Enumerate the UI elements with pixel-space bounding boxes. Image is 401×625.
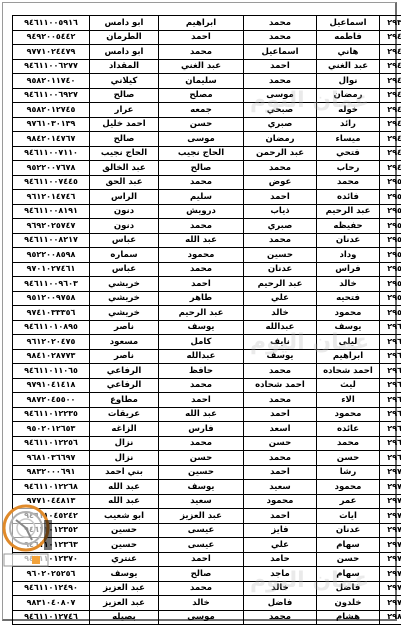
serial-cell: ٢٩٤٠	[380, 30, 401, 45]
serial-cell: ٢٩٧٤	[380, 523, 401, 538]
father-name-cell: حامد	[244, 552, 317, 567]
national-id-cell: ٩٤٦١١٠٠٦٢٧٧	[13, 59, 90, 74]
father-name-cell: حسين	[244, 248, 317, 263]
family-name-cell: يوسف	[90, 567, 159, 582]
father-name-cell: احمد	[244, 59, 317, 74]
national-id-cell: ٩٨٣٢٠٠٠٦٩١	[13, 465, 90, 480]
table-row: ٢٩٥٨فتحيهعليطاهرخريشي٩٥١٢٠٠٩٧٥٨	[13, 291, 401, 306]
father-name-cell: ذياب	[244, 204, 317, 219]
national-id-cell: ٩٤٦١١٠٠٧١١٠	[13, 146, 90, 161]
national-id-cell: ٩٥١٢٠٠٩٧٥٨	[13, 291, 90, 306]
serial-cell: ٢٩٥٦	[380, 262, 401, 277]
family-name-cell: سماره	[90, 248, 159, 263]
serial-cell: ٢٩٦٤	[380, 378, 401, 393]
father-name-cell: عبدالله	[244, 320, 317, 335]
grandfather-name-cell: احمد	[159, 277, 244, 292]
father-name-cell: محمد	[244, 393, 317, 408]
table-row: ٢٩٦٤ليثاحمد شحادهمحمدالرفاعي٩٧٩١٠٤١٤١٨	[13, 378, 401, 393]
first-name-cell: عبد الغني	[317, 59, 380, 74]
grandfather-name-cell: حافظ	[159, 364, 244, 379]
first-name-cell: محمد	[317, 175, 380, 190]
father-name-cell: حسن	[244, 436, 317, 451]
national-id-cell: ٩٧٧١٠٢٤٤٧٩	[13, 45, 90, 60]
father-name-cell: اسعد	[244, 422, 317, 437]
serial-cell: ٢٩٤٢	[380, 59, 401, 74]
table-row: ٢٩٤١هانياسماعيلمحمدابو دامس٩٧٧١٠٢٤٤٧٩	[13, 45, 401, 60]
family-name-cell: ناصر	[90, 320, 159, 335]
first-name-cell: عبد الرحيم	[317, 204, 380, 219]
father-name-cell: خالد	[244, 581, 317, 596]
father-name-cell: صبري	[244, 117, 317, 132]
family-name-cell: خريشي	[90, 306, 159, 321]
first-name-cell: ليلى	[317, 335, 380, 350]
table-row: ٢٩٥٤عدنانمحمدعبد اللهعباس٩٤٦١١٠٠٨٢١٧	[13, 233, 401, 248]
father-name-cell: محمد	[244, 16, 317, 31]
serial-cell: ٢٩٥٤	[380, 233, 401, 248]
table-row: ٢٩٤٩رحابمحمدصالحعبد الخالق٩٥٢٢٠٠٧٦٧٨	[13, 161, 401, 176]
national-id-cell: ٩٦٨١٠٣٦٦٩٧	[13, 451, 90, 466]
national-id-cell: ٩٤٦١١٠١١٠٦٥	[13, 364, 90, 379]
father-name-cell: محمد	[244, 364, 317, 379]
family-name-cell: خريشي	[90, 277, 159, 292]
family-name-cell: حسين	[90, 523, 159, 538]
grandfather-name-cell: مصلح	[159, 88, 244, 103]
family-name-cell: المقداد	[90, 59, 159, 74]
national-id-cell: ٩٤٦١١٠١٢٣٥٢	[13, 523, 90, 538]
table-row: ٢٩٤٥خولهصبحيجمعهعرار٩٥٨٢٠١٢٧٤٥	[13, 103, 401, 118]
names-table-body: ٢٩٣٩اسماعيلمحمدابراهيمابو دامس٩٤٦١١٠٠٥٩١…	[13, 16, 401, 625]
national-id-cell: ٩٤٩٢٠٠٥٤٤٢	[13, 30, 90, 45]
national-id-cell: ٩٤٦١١٠٤٥٢٤٢	[13, 509, 90, 524]
first-name-cell: خلدون	[317, 596, 380, 611]
grandfather-name-cell: عيسى	[159, 523, 244, 538]
first-name-cell: حسن	[317, 451, 380, 466]
national-id-cell: ٩٤٦١١٠٠٥٩١٦	[13, 16, 90, 31]
table-row: ٢٩٤٦رائدصبريحسناحمد خليل٩٧٦١٠٣٠١٣٩	[13, 117, 401, 132]
first-name-cell: فراس	[317, 262, 380, 277]
serial-cell: ٢٩٥٣	[380, 219, 401, 234]
first-name-cell: فائده	[317, 190, 380, 205]
father-name-cell: خالد	[244, 306, 317, 321]
table-row: ٢٩٤٨فتحيعبد الرحمنالحاج نجيبالحاج نجيب٩٤…	[13, 146, 401, 161]
grandfather-name-cell: عيسى	[159, 538, 244, 553]
first-name-cell: سهام	[317, 538, 380, 553]
grandfather-name-cell: كامل	[159, 335, 244, 350]
first-name-cell: حفيظه	[317, 219, 380, 234]
first-name-cell: رشا	[317, 465, 380, 480]
father-name-cell: احمد	[244, 509, 317, 524]
table-row: ٢٩٥٩محمودخالدعبد الرحيمخريشي٩٧٤١٠٣٣٣٥٦	[13, 306, 401, 321]
family-name-cell: دنون	[90, 219, 159, 234]
family-name-cell: كيلاني	[90, 74, 159, 89]
family-name-cell: مطاوع	[90, 393, 159, 408]
serial-cell: ٢٩٤١	[380, 45, 401, 60]
serial-cell: ٢٩٥٢	[380, 204, 401, 219]
family-name-cell: بصيله	[90, 610, 159, 625]
document-page: ٢٩٣٩اسماعيلمحمدابراهيمابو دامس٩٤٦١١٠٠٥٩١…	[2, 2, 397, 621]
first-name-cell: ليث	[317, 378, 380, 393]
national-id-cell: ٩٦١٢٠١٤٧٤٦	[13, 190, 90, 205]
national-id-cell: ٩٧٤١٠٣٣٣٥٦	[13, 306, 90, 321]
table-row: ٢٩٦٦محموداحمدعبد اللهعريقات٩٤٦١١٠١٢٢٣٥	[13, 407, 401, 422]
serial-cell: ٢٩٧٩	[380, 596, 401, 611]
national-id-cell: ٩٨٤٢٠١٤٧٦٧	[13, 132, 90, 147]
first-name-cell: اسماعيل	[317, 16, 380, 31]
serial-cell: ٢٩٥١	[380, 190, 401, 205]
national-id-cell: ٩٤٦١١٠٠٦٩٢٧	[13, 88, 90, 103]
grandfather-name-cell: ابراهيم	[159, 16, 244, 31]
national-id-cell: ٩٤٦١١٠١٢٢٣٥	[13, 407, 90, 422]
national-id-cell: ٩٤٦١١٠١٢٣٦٣	[13, 538, 90, 553]
table-row: ٢٩٧٢عمرمحمودسعيدعبد الله٩٧٧١٠٤٤٨١٣	[13, 494, 401, 509]
national-id-cell: ٩٥٨٢٠١١٧٤٠	[13, 74, 90, 89]
table-row: ٢٩٦٠يوسفعبداللهيوسفناصر٩٤٦١١٠١٠٨٩٥	[13, 320, 401, 335]
father-name-cell: يوسف	[244, 349, 317, 364]
first-name-cell: عمر	[317, 494, 380, 509]
national-id-cell: ٩٧٦١٠٣٠١٣٩	[13, 117, 90, 132]
grandfather-name-cell: محمد	[159, 175, 244, 190]
national-id-cell: ٩٦١٢٠٢٠٤٧٥	[13, 335, 90, 350]
father-name-cell: محمد	[244, 451, 317, 466]
family-name-cell: عريقات	[90, 407, 159, 422]
national-id-cell: ٩٧٩١٠٤١٤١٨	[13, 378, 90, 393]
family-name-cell: عبد الله	[90, 480, 159, 495]
family-name-cell: الراس	[90, 190, 159, 205]
first-name-cell: سهام	[317, 567, 380, 582]
serial-cell: ٢٩٦٢	[380, 349, 401, 364]
father-name-cell: عبد الرحمن	[244, 146, 317, 161]
family-name-cell: عبد العزيز	[90, 596, 159, 611]
family-name-cell: عبد العزيز	[90, 581, 159, 596]
father-name-cell: محمد	[244, 161, 317, 176]
table-row: ٢٩٦١ليلىنايفكاملمسعود٩٦١٢٠٢٠٤٧٥	[13, 335, 401, 350]
serial-cell: ٢٩٣٩	[380, 16, 401, 31]
national-id-cell: ٩٥٢٢٠٠٨٥٩٨	[13, 248, 90, 263]
serial-cell: ٢٩٥٠	[380, 175, 401, 190]
first-name-cell: فاضل	[317, 581, 380, 596]
first-name-cell: محمود	[317, 407, 380, 422]
grandfather-name-cell: سليمان	[159, 74, 244, 89]
father-name-cell: عبد الرحيم	[244, 277, 317, 292]
first-name-cell: نوال	[317, 74, 380, 89]
grandfather-name-cell: موسى	[159, 132, 244, 147]
first-name-cell: رائد	[317, 117, 380, 132]
family-name-cell: ابو شعيب	[90, 509, 159, 524]
table-row: ٢٩٣٩اسماعيلمحمدابراهيمابو دامس٩٤٦١١٠٠٥٩١…	[13, 16, 401, 31]
first-name-cell: عائده	[317, 422, 380, 437]
table-row: ٢٩٥٥ودادحسينمحمودسماره٩٥٢٢٠٠٨٥٩٨	[13, 248, 401, 263]
national-id-cell: ٩٥٨٢٠١٢٧٤٥	[13, 103, 90, 118]
family-name-cell: عباس	[90, 262, 159, 277]
grandfather-name-cell: عبد الله	[159, 407, 244, 422]
first-name-cell: خالد	[317, 277, 380, 292]
family-name-cell: صالح	[90, 88, 159, 103]
father-name-cell: محمود	[244, 494, 317, 509]
serial-cell: ٢٩٦٣	[380, 364, 401, 379]
family-name-cell: خريشي	[90, 291, 159, 306]
father-name-cell: احمد	[244, 407, 317, 422]
first-name-cell: ميساء	[317, 132, 380, 147]
grandfather-name-cell: عبد الرحيم	[159, 306, 244, 321]
grandfather-name-cell: حسن	[159, 451, 244, 466]
first-name-cell: هاني	[317, 45, 380, 60]
family-name-cell: عبد الحق	[90, 175, 159, 190]
first-name-cell: وداد	[317, 248, 380, 263]
table-row: ٢٩٥٦فراسعدنانمحمدعباس٩٧٠١٠٢٧٤٦١	[13, 262, 401, 277]
father-name-cell: فاضل	[244, 596, 317, 611]
national-id-cell: ٩٤٦١١٠٠٨١٩١	[13, 204, 90, 219]
father-name-cell: صبحي	[244, 103, 317, 118]
first-name-cell: محمد	[317, 436, 380, 451]
first-name-cell: رحاب	[317, 161, 380, 176]
father-name-cell: علي	[244, 291, 317, 306]
family-name-cell: عبد الله	[90, 494, 159, 509]
family-name-cell: نزال	[90, 436, 159, 451]
national-id-cell: ٩٤٦١١٠١٠٨٩٥	[13, 320, 90, 335]
national-id-cell: ٩٨٧٢٠٤٥٥٠٠	[13, 393, 90, 408]
grandfather-name-cell: جمعه	[159, 103, 244, 118]
father-name-cell: فايز	[244, 523, 317, 538]
table-row: ٢٩٧٧سهامماجدصالحيوسف٩٦٠٢٠٢٥٢٥٦	[13, 567, 401, 582]
grandfather-name-cell: درويش	[159, 204, 244, 219]
father-name-cell: محمد	[244, 610, 317, 625]
family-name-cell: الحاج نجيب	[90, 146, 159, 161]
national-id-cell: ٩٤٦١١٠١٢٣٧٠	[13, 552, 90, 567]
grandfather-name-cell: يوسف	[159, 320, 244, 335]
first-name-cell: هشام	[317, 610, 380, 625]
serial-cell: ٢٩٧٠	[380, 465, 401, 480]
family-name-cell: ابو دامس	[90, 45, 159, 60]
family-name-cell: احمد خليل	[90, 117, 159, 132]
table-row: ٢٩٥١فائدهاحمدسليمالراس٩٦١٢٠١٤٧٤٦	[13, 190, 401, 205]
table-row: ٢٩٧٣اياتاحمدعبد العزيزابو شعيب٩٤٦١١٠٤٥٢٤…	[13, 509, 401, 524]
table-row: ٢٩٥٠محمدعوضمحمدعبد الحق٩٤٦١١٠٠٧٤٤٥	[13, 175, 401, 190]
father-name-cell: احمد	[244, 190, 317, 205]
family-name-cell: الرفاعي	[90, 378, 159, 393]
family-name-cell: الرفاعي	[90, 364, 159, 379]
first-name-cell: ابراهيم	[317, 349, 380, 364]
table-row: ٢٩٧٤عدنانفايزعيسىحسين٩٤٦١١٠١٢٣٥٢	[13, 523, 401, 538]
table-row: ٢٩٦٩حسنمحمدحسننزال٩٦٨١٠٣٦٦٩٧	[13, 451, 401, 466]
first-name-cell: محمود	[317, 306, 380, 321]
grandfather-name-cell: محمد	[159, 45, 244, 60]
father-name-cell: عدنان	[244, 262, 317, 277]
national-id-cell: ٩٤٦١١٠١٢٧٤٦	[13, 610, 90, 625]
first-name-cell: عدنان	[317, 523, 380, 538]
father-name-cell: سعيد	[244, 480, 317, 495]
table-row: ٢٩٥٢عبد الرحيمذيابدرويشدنون٩٤٦١١٠٠٨١٩١	[13, 204, 401, 219]
table-row: ٢٩٦٧عائدهاسعدفارسالزاغه٩٥٠٢٠١٢٦٥٣	[13, 422, 401, 437]
father-name-cell: محمد	[244, 233, 317, 248]
serial-cell: ٢٩٤٣	[380, 74, 401, 89]
father-name-cell: نايف	[244, 335, 317, 350]
table-row: ٢٩٤٠فاطمهمحمداحمدالطرمان٩٤٩٢٠٠٥٤٤٢	[13, 30, 401, 45]
serial-cell: ٢٩٤٨	[380, 146, 401, 161]
table-row: ٢٩٦٣احمد شحادهمحمدحافظالرفاعي٩٤٦١١٠١١٠٦٥	[13, 364, 401, 379]
family-name-cell: نزال	[90, 451, 159, 466]
table-row: ٢٩٤٤رمضانموسىمصلحصالح٩٤٦١١٠٠٦٩٢٧	[13, 88, 401, 103]
grandfather-name-cell: محمد	[159, 378, 244, 393]
serial-cell: ٢٩٤٦	[380, 117, 401, 132]
first-name-cell: فاطمه	[317, 30, 380, 45]
national-id-cell: ٩٤٦١١٠٠٩٦٠٣	[13, 277, 90, 292]
first-name-cell: محمود	[317, 480, 380, 495]
grandfather-name-cell: عبد العزيز	[159, 509, 244, 524]
father-name-cell: عوض	[244, 175, 317, 190]
table-row: ٢٩٤٧ميساءرمضانموسىصالح٩٨٤٢٠١٤٧٦٧	[13, 132, 401, 147]
first-name-cell: ايات	[317, 509, 380, 524]
grandfather-name-cell: محمد	[159, 219, 244, 234]
serial-cell: ٢٩٦٧	[380, 422, 401, 437]
first-name-cell: خوله	[317, 103, 380, 118]
serial-cell: ٢٩٦١	[380, 335, 401, 350]
serial-cell: ٢٩٧٦	[380, 552, 401, 567]
grandfather-name-cell: احمد	[159, 30, 244, 45]
family-name-cell: الزاغه	[90, 422, 159, 437]
serial-cell: ٢٩٥٧	[380, 277, 401, 292]
serial-cell: ٢٩٥٥	[380, 248, 401, 263]
family-name-cell: ناصر	[90, 349, 159, 364]
national-id-cell: ٩٥٢٢٠٠٧٦٧٨	[13, 161, 90, 176]
table-row: ٢٩٦٨محمدحسنمحمدنزال٩٤٦١١٠١٢٢٥٦	[13, 436, 401, 451]
serial-cell: ٢٩٧١	[380, 480, 401, 495]
grandfather-name-cell: موسى	[159, 610, 244, 625]
names-table-container: ٢٩٣٩اسماعيلمحمدابراهيمابو دامس٩٤٦١١٠٠٥٩١…	[12, 15, 396, 625]
family-name-cell: عباس	[90, 233, 159, 248]
national-id-cell: ٩٤٦١١٠٠٧٤٤٥	[13, 175, 90, 190]
serial-cell: ٢٩٦٦	[380, 407, 401, 422]
table-row: ٢٩٧١محمودسعيديوسفعبد الله٩٤٦١١٠١٢٢٦٨	[13, 480, 401, 495]
names-table: ٢٩٣٩اسماعيلمحمدابراهيمابو دامس٩٤٦١١٠٠٥٩١…	[12, 15, 401, 625]
serial-cell: ٢٩٧٨	[380, 581, 401, 596]
first-name-cell: الاء	[317, 393, 380, 408]
serial-cell: ٢٩٦٨	[380, 436, 401, 451]
grandfather-name-cell: فارس	[159, 422, 244, 437]
serial-cell: ٢٩٥٩	[380, 306, 401, 321]
national-id-cell: ٩٧٠١٠٢٧٤٦١	[13, 262, 90, 277]
serial-cell: ٢٩٧٣	[380, 509, 401, 524]
table-row: ٢٩٥٧خالدعبد الرحيماحمدخريشي٩٤٦١١٠٠٩٦٠٣	[13, 277, 401, 292]
family-name-cell: حسين	[90, 538, 159, 553]
first-name-cell: فتحي	[317, 146, 380, 161]
serial-cell: ٢٩٧٢	[380, 494, 401, 509]
grandfather-name-cell: محمود	[159, 248, 244, 263]
grandfather-name-cell: احمد	[159, 552, 244, 567]
father-name-cell: رمضان	[244, 132, 317, 147]
national-id-cell: ٩٨٤١٠٢٨٧٧٣	[13, 349, 90, 364]
serial-cell: ٢٩٦٠	[380, 320, 401, 335]
family-name-cell: عرار	[90, 103, 159, 118]
first-name-cell: فتحيه	[317, 291, 380, 306]
first-name-cell: عدنان	[317, 233, 380, 248]
table-row: ٢٩٦٢ابراهيميوسفعبداللهناصر٩٨٤١٠٢٨٧٧٣	[13, 349, 401, 364]
grandfather-name-cell: سليم	[159, 190, 244, 205]
grandfather-name-cell: محمد	[159, 581, 244, 596]
father-name-cell: صبري	[244, 219, 317, 234]
grandfather-name-cell: محمد	[159, 262, 244, 277]
grandfather-name-cell: محمد	[159, 436, 244, 451]
grandfather-name-cell: حسين	[159, 465, 244, 480]
national-id-cell: ٩٤٦١١٠٠٨٢١٧	[13, 233, 90, 248]
table-row: ٢٩٧٨فاضلخالدمحمدعبد العزيز٩٤٦١١٠١٢٤٩٠	[13, 581, 401, 596]
national-id-cell: ٩٥٠٢٠١٢٦٥٣	[13, 422, 90, 437]
family-name-cell: عبد الخالق	[90, 161, 159, 176]
table-row: ٢٩٤٢عبد الغنياحمدعبد الغنيالمقداد٩٤٦١١٠٠…	[13, 59, 401, 74]
father-name-cell: احمد	[244, 465, 317, 480]
table-row: ٢٩٦٥الاءمحمداحمدمطاوع٩٨٧٢٠٤٥٥٠٠	[13, 393, 401, 408]
grandfather-name-cell: صالح	[159, 161, 244, 176]
serial-cell: ٢٩٤٩	[380, 161, 401, 176]
father-name-cell: احمد شحاده	[244, 378, 317, 393]
grandfather-name-cell: حسن	[159, 117, 244, 132]
serial-cell: ٢٩٦٩	[380, 451, 401, 466]
family-name-cell: عنتري	[90, 552, 159, 567]
first-name-cell: حسن	[317, 552, 380, 567]
table-row: ٢٩٨٠هشاممحمدموسىبصيله٩٤٦١١٠١٢٧٤٦	[13, 610, 401, 625]
grandfather-name-cell: عبدالله	[159, 349, 244, 364]
table-row: ٢٩٧٩خلدونفاضلخالدعبد العزيز٩٨٣١٠٤٠٨٠٧	[13, 596, 401, 611]
table-row: ٢٩٤٣نوالمحمدسليمانكيلاني٩٥٨٢٠١١٧٤٠	[13, 74, 401, 89]
grandfather-name-cell: يوسف	[159, 480, 244, 495]
family-name-cell: صالح	[90, 132, 159, 147]
first-name-cell: رمضان	[317, 88, 380, 103]
national-id-cell: ٩٦٩٢٠٢٥٧٤٧	[13, 219, 90, 234]
first-name-cell: يوسف	[317, 320, 380, 335]
national-id-cell: ٩٤٦١١٠١٢٢٦٨	[13, 480, 90, 495]
father-name-cell: محمد	[244, 30, 317, 45]
father-name-cell: موسى	[244, 88, 317, 103]
grandfather-name-cell: صالح	[159, 567, 244, 582]
table-row: ٢٩٧٦حسنحامداحمدعنتري٩٤٦١١٠١٢٣٧٠	[13, 552, 401, 567]
father-name-cell: علي	[244, 538, 317, 553]
grandfather-name-cell: خالد	[159, 596, 244, 611]
national-id-cell: ٩٨٣١٠٤٠٨٠٧	[13, 596, 90, 611]
grandfather-name-cell: سعيد	[159, 494, 244, 509]
grandfather-name-cell: احمد	[159, 393, 244, 408]
table-row: ٢٩٧٥سهامعليعيسىحسين٩٤٦١١٠١٢٣٦٣	[13, 538, 401, 553]
first-name-cell: احمد شحاده	[317, 364, 380, 379]
serial-cell: ٢٩٦٥	[380, 393, 401, 408]
table-row: ٢٩٥٣حفيظهصبريمحمددنون٩٦٩٢٠٢٥٧٤٧	[13, 219, 401, 234]
table-row: ٢٩٧٠رشااحمدحسينبني احمد٩٨٣٢٠٠٠٦٩١	[13, 465, 401, 480]
serial-cell: ٢٩٤٥	[380, 103, 401, 118]
family-name-cell: دنون	[90, 204, 159, 219]
serial-cell: ٢٩٧٥	[380, 538, 401, 553]
father-name-cell: ماجد	[244, 567, 317, 582]
grandfather-name-cell: الحاج نجيب	[159, 146, 244, 161]
serial-cell: ٢٩٥٨	[380, 291, 401, 306]
national-id-cell: ٩٤٦١١٠١٢٤٩٠	[13, 581, 90, 596]
grandfather-name-cell: عبد الغني	[159, 59, 244, 74]
family-name-cell: مسعود	[90, 335, 159, 350]
serial-cell: ٢٩٤٤	[380, 88, 401, 103]
family-name-cell: الطرمان	[90, 30, 159, 45]
serial-cell: ٢٩٤٧	[380, 132, 401, 147]
father-name-cell: محمد	[244, 74, 317, 89]
national-id-cell: ٩٧٧١٠٤٤٨١٣	[13, 494, 90, 509]
family-name-cell: ابو دامس	[90, 16, 159, 31]
father-name-cell: اسماعيل	[244, 45, 317, 60]
grandfather-name-cell: طاهر	[159, 291, 244, 306]
serial-cell: ٢٩٨٠	[380, 610, 401, 625]
national-id-cell: ٩٦٠٢٠٢٥٢٥٦	[13, 567, 90, 582]
family-name-cell: بني احمد	[90, 465, 159, 480]
national-id-cell: ٩٤٦١١٠١٢٢٥٦	[13, 436, 90, 451]
grandfather-name-cell: عبد الله	[159, 233, 244, 248]
serial-cell: ٢٩٧٧	[380, 567, 401, 582]
